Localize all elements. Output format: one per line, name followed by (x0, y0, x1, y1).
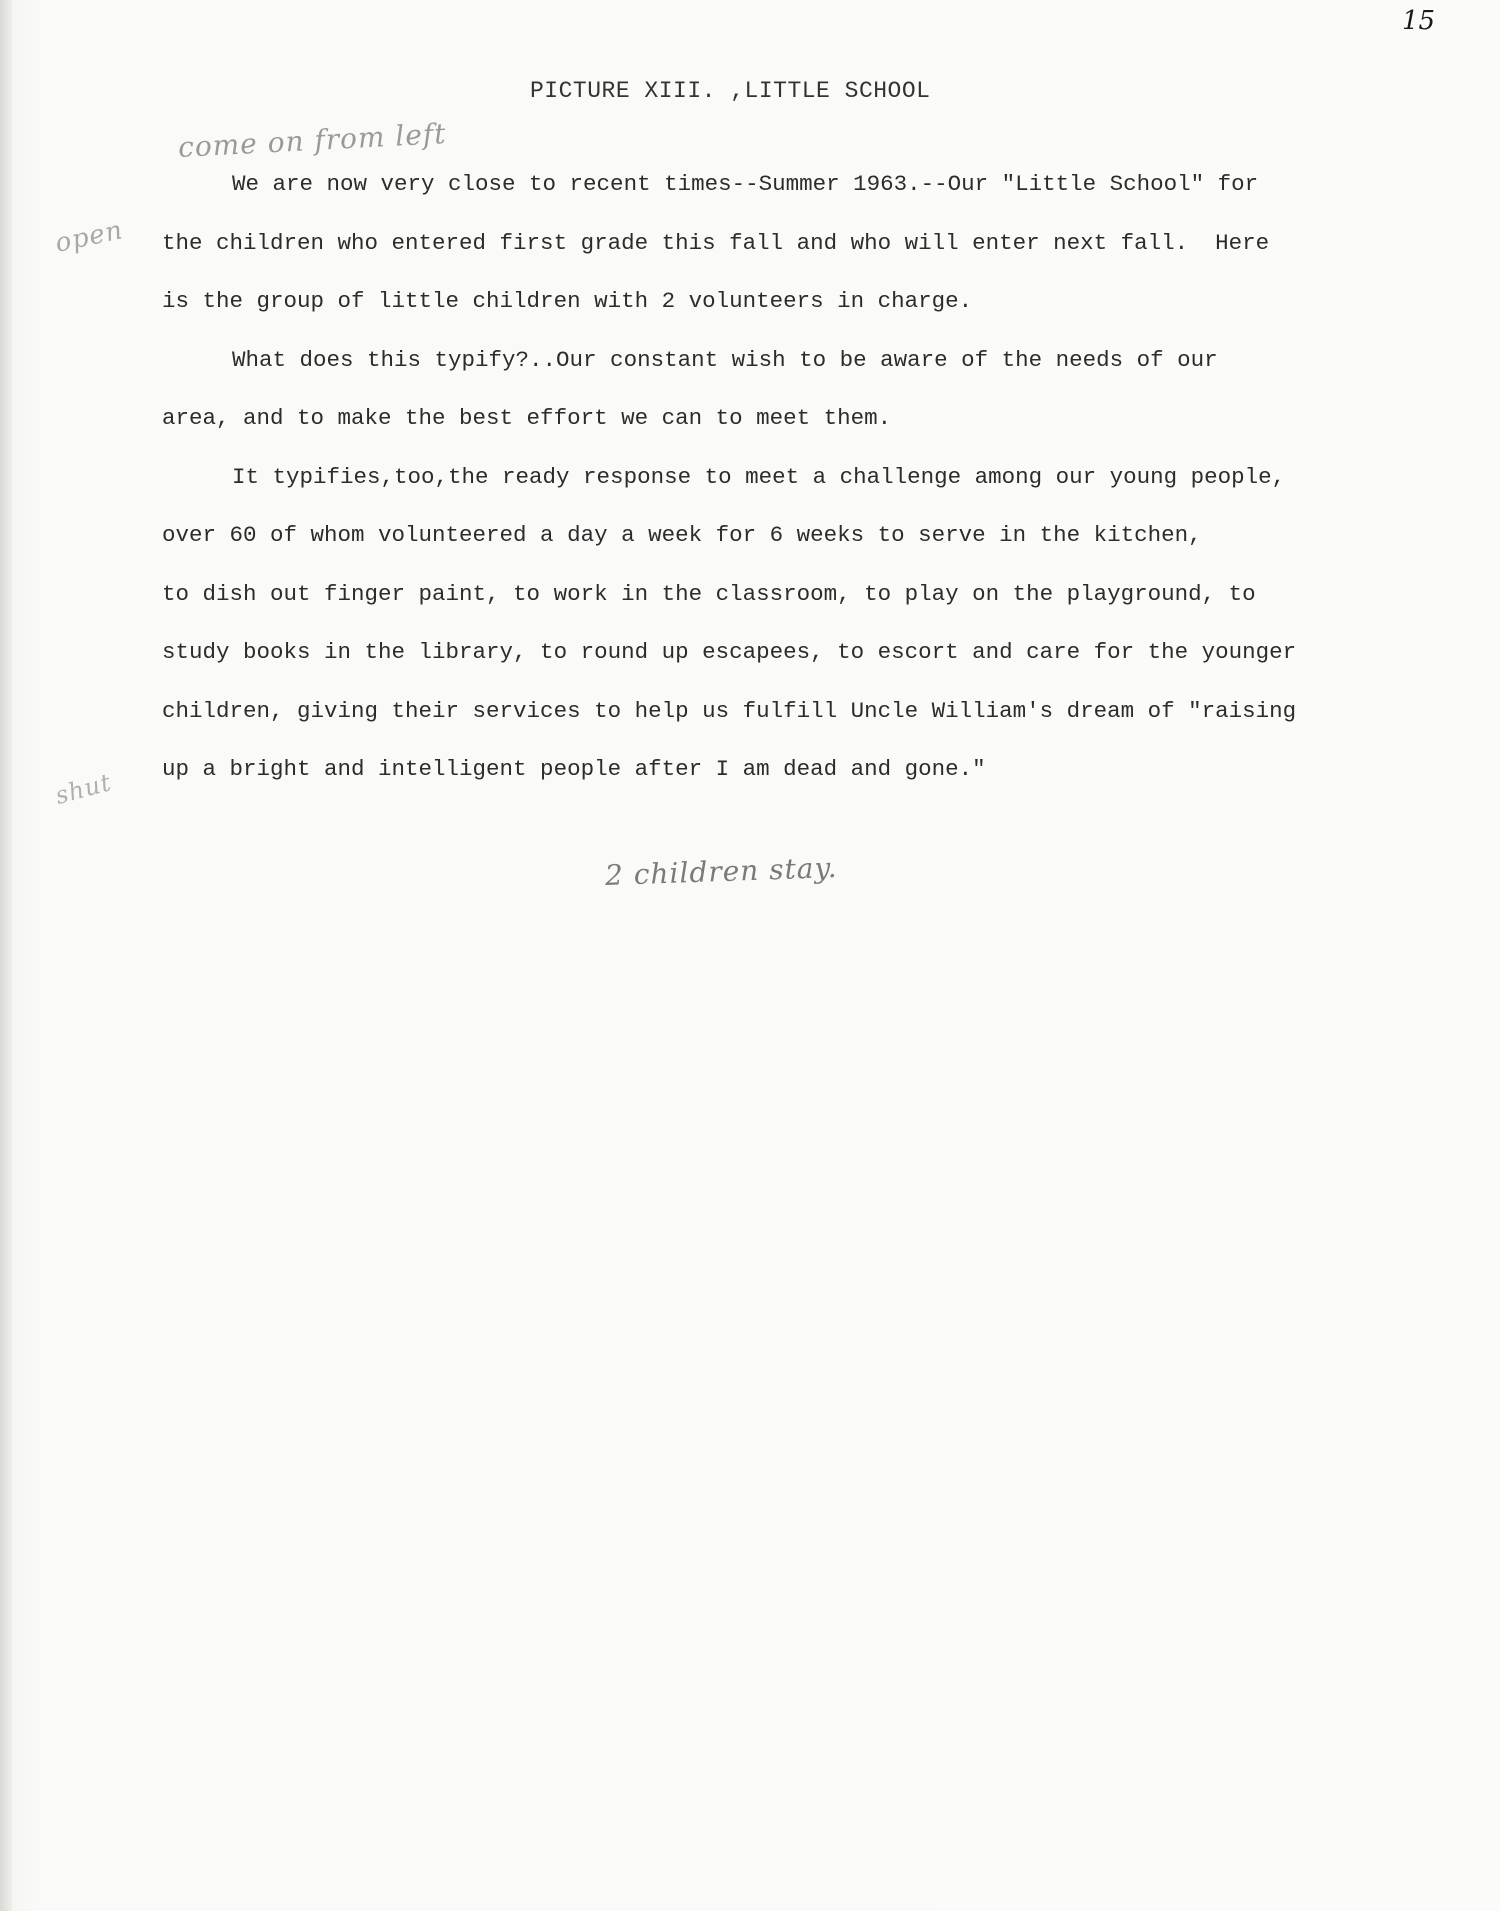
text-line: study books in the library, to round up … (162, 623, 1432, 682)
handwritten-note-open: open (53, 215, 126, 259)
text-line: children, giving their services to help … (162, 682, 1432, 741)
text-line: What does this typify?..Our constant wis… (162, 331, 1432, 390)
paragraph-1: We are now very close to recent times--S… (162, 155, 1432, 331)
handwritten-note-bottom: 2 children stay. (604, 851, 837, 892)
page-number: 15 (1402, 6, 1435, 36)
text-line: It typifies,too,the ready response to me… (162, 448, 1432, 507)
document-page: 15 PICTURE XIII. ,LITTLE SCHOOL come on … (0, 0, 1500, 1911)
paragraph-2: What does this typify?..Our constant wis… (162, 331, 1432, 448)
typed-body: We are now very close to recent times--S… (162, 155, 1432, 799)
paragraph-3: It typifies,too,the ready response to me… (162, 448, 1432, 799)
text-line: area, and to make the best effort we can… (162, 389, 1432, 448)
text-line: to dish out finger paint, to work in the… (162, 565, 1432, 624)
text-line: over 60 of whom volunteered a day a week… (162, 506, 1432, 565)
text-line: up a bright and intelligent people after… (162, 740, 1432, 799)
handwritten-note-shut: shut (52, 768, 114, 810)
text-line: We are now very close to recent times--S… (162, 155, 1432, 214)
text-line: is the group of little children with 2 v… (162, 272, 1432, 331)
page-title: PICTURE XIII. ,LITTLE SCHOOL (530, 78, 930, 104)
text-line: the children who entered first grade thi… (162, 214, 1432, 273)
page-edge-shadow (0, 0, 12, 1911)
